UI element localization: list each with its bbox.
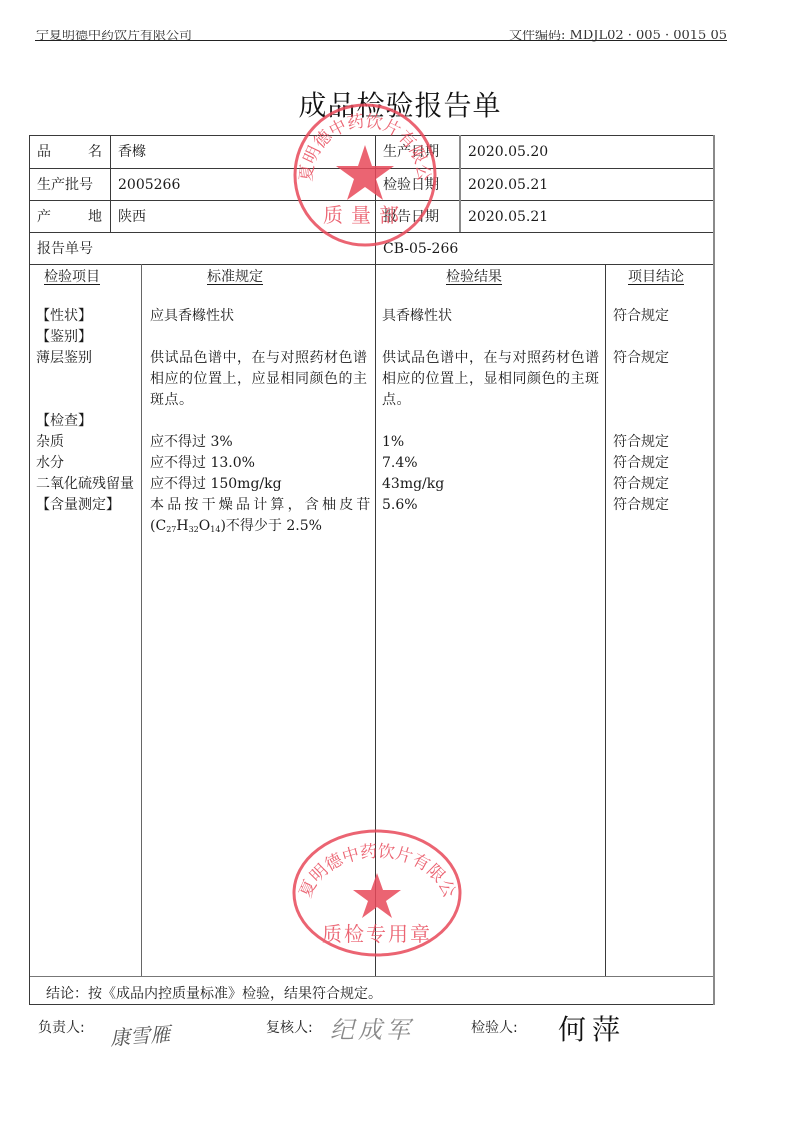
inspector-label: 检验人:	[471, 1017, 518, 1037]
col-divider	[605, 264, 606, 976]
reviewer-signature: 纪成军	[330, 1010, 414, 1045]
item-assay: 【含量测定】	[36, 495, 120, 516]
product-name-value: 香橼	[111, 136, 375, 168]
result-sulfur-dioxide: 43mg/kg	[382, 474, 444, 495]
label-char: 产	[37, 207, 51, 227]
column-header-result: 检验结果	[446, 266, 502, 286]
table-border-bottom	[29, 1004, 715, 1005]
formula-subscript: 32	[189, 525, 199, 534]
report-number-label: 报告单号	[30, 233, 375, 264]
formula-subscript: 27	[166, 525, 176, 534]
row-divider	[29, 976, 715, 977]
row-divider	[29, 264, 715, 265]
result-moisture: 7.4%	[382, 453, 418, 474]
item-appearance: 【性状】	[36, 306, 92, 327]
result-impurity: 1%	[382, 432, 404, 453]
item-impurity: 杂质	[36, 432, 64, 453]
standard-moisture: 应不得过 13.0%	[150, 453, 255, 474]
col-divider	[141, 264, 142, 976]
header-divider	[35, 40, 727, 41]
conclusion-appearance: 符合规定	[613, 306, 669, 327]
formula-part: )不得少于 2.5%	[220, 518, 321, 534]
item-inspection: 【检查】	[36, 411, 92, 432]
batch-label: 生产批号	[30, 169, 110, 200]
label-char: 品	[37, 142, 51, 162]
origin-value: 陕西	[111, 201, 375, 232]
table-border-left	[29, 135, 30, 1005]
standard-impurity: 应不得过 3%	[150, 432, 233, 453]
report-number-value: CB-05-266	[376, 233, 713, 264]
production-date-label: 生产日期	[376, 136, 460, 168]
standard-assay-formula: (C27H32O14)不得少于 2.5%	[150, 516, 322, 540]
formula-part: H	[176, 518, 188, 534]
item-tlc: 薄层鉴别	[36, 348, 92, 369]
col-divider	[375, 264, 376, 976]
inspection-date-value: 2020.05.21	[461, 169, 713, 200]
qc-seal-stamp: 宁夏明德中药饮片有限公司 质检专用章	[290, 826, 465, 961]
item-identification: 【鉴别】	[36, 327, 92, 348]
standard-appearance: 应具香橼性状	[150, 306, 234, 327]
item-sulfur-dioxide: 二氧化硫残留量	[36, 474, 134, 495]
standard-sulfur-dioxide: 应不得过 150mg/kg	[150, 474, 282, 495]
item-moisture: 水分	[36, 453, 64, 474]
page-title: 成品检验报告单	[0, 84, 800, 124]
column-header-conclusion: 项目结论	[628, 266, 684, 286]
inspection-date-label: 检验日期	[376, 169, 460, 200]
formula-part: (C	[150, 518, 166, 534]
report-date-value: 2020.05.21	[461, 201, 713, 232]
product-name-label: 品名	[30, 136, 110, 168]
production-date-value: 2020.05.20	[461, 136, 713, 168]
conclusion-assay: 符合规定	[613, 495, 669, 516]
column-header-standard: 标准规定	[207, 266, 263, 286]
stamp-center-text: 质检专用章	[322, 922, 432, 946]
conclusion-sulfur-dioxide: 符合规定	[613, 474, 669, 495]
star-icon	[353, 873, 401, 918]
batch-value: 2005266	[111, 169, 375, 200]
label-char: 地	[88, 207, 102, 227]
result-assay: 5.6%	[382, 495, 418, 516]
origin-label: 产地	[30, 201, 110, 232]
conclusion-moisture: 符合规定	[613, 453, 669, 474]
conclusion-tlc: 符合规定	[613, 348, 669, 369]
table-border-right	[713, 135, 715, 1005]
report-date-label: 报告日期	[376, 201, 460, 232]
responsible-label: 负责人:	[38, 1017, 85, 1037]
reviewer-label: 复核人:	[266, 1017, 313, 1037]
result-tlc: 供试品色谱中，在与对照药材色谱相应的位置上，显相同颜色的主斑点。	[382, 348, 604, 411]
result-appearance: 具香橼性状	[382, 306, 452, 327]
standard-tlc: 供试品色谱中，在与对照药材色谱相应的位置上，应显相同颜色的主斑点。	[150, 348, 372, 411]
formula-subscript: 14	[210, 525, 220, 534]
label-char: 名	[88, 142, 102, 162]
inspector-signature: 何萍	[558, 1008, 626, 1048]
column-header-item: 检验项目	[44, 266, 100, 286]
standard-assay: 本品按干燥品计算，含柚皮苷	[150, 495, 374, 516]
responsible-signature: 康雪雁	[109, 1018, 171, 1051]
formula-part: O	[199, 518, 210, 534]
overall-conclusion: 结论：按《成品内控质量标准》检验，结果符合规定。	[46, 983, 382, 1003]
conclusion-impurity: 符合规定	[613, 432, 669, 453]
